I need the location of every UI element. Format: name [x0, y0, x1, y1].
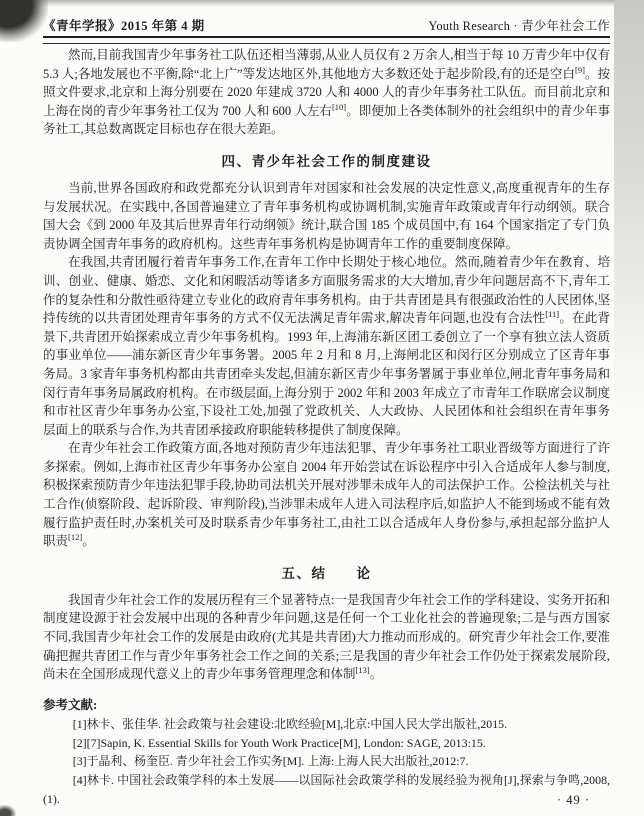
reference-item-3: [3]于晶利、杨奎臣. 青少年社会工作实务[M]. 上海:上海人民大出版社,20…: [43, 752, 610, 771]
reference-item-4: [4]林卡. 中国社会政策学科的本土发展——以国际社会政策学科的发展经验为视角[…: [43, 771, 610, 809]
paragraph-global-youth-policy: 当前,世界各国政府和政党都充分认识到青年对国家和社会发展的决定性意义,高度重视青…: [43, 179, 610, 253]
running-head-title: Youth Research · 青少年社会工作: [428, 16, 610, 34]
paragraph-text: 。: [82, 534, 95, 548]
scan-artifact-top-edge: [0, 0, 644, 7]
scan-artifact-right-edge: [614, 0, 644, 430]
citation-13: [13]: [356, 665, 370, 675]
citation-11: [11]: [545, 309, 559, 319]
reference-item-2: [2][7]Sapin, K. Essential Skills for You…: [43, 734, 610, 753]
paragraph-youth-league-agencies: 在我国,共青团履行着青年事务工作,在青年工作中长期处于核心地位。然而,随着青少年…: [43, 253, 610, 439]
paragraph-workforce-gap: 然而,目前我国青少年事务社工队伍还相当薄弱,从业人员仅有 2 万余人,相当于每 …: [43, 46, 610, 139]
paragraph-text: 在青少年社会工作政策方面,各地对预防青少年违法犯罪、青少年事务社工职业晋级等方面…: [43, 441, 610, 548]
article-body: 然而,目前我国青少年事务社工队伍还相当薄弱,从业人员仅有 2 万余人,相当于每 …: [43, 46, 610, 809]
scan-artifact-bottom-left-smudge: [0, 805, 16, 816]
paragraph-text: 然而,目前我国青少年事务社工队伍还相当薄弱,从业人员仅有 2 万余人,相当于每 …: [43, 48, 610, 81]
paragraph-policy-exploration: 在青少年社会工作政策方面,各地对预防青少年违法犯罪、青少年事务社工职业晋级等方面…: [43, 439, 610, 551]
paragraph-text: 在我国,共青团履行着青年事务工作,在青年工作中长期处于核心地位。然而,随着青少年…: [43, 255, 610, 325]
reference-item-1: [1]林卡、张佳华. 社会政策与社会建设:北欧经验[M],北京:中国人民大学出版…: [43, 715, 610, 734]
journal-scan-page: 《青年学报》2015 年第 4 期 Youth Research · 青少年社会…: [0, 0, 644, 816]
citation-12: [12]: [68, 532, 82, 542]
paragraph-text: 。: [370, 667, 383, 681]
section-5-heading: 五、结 论: [43, 562, 610, 582]
citation-9: [9]: [575, 64, 585, 74]
paragraph-text: 我国青少年社会工作的发展历程有三个显著特点:一是我国青少年社会工作的学科建设、实…: [43, 593, 610, 681]
citation-10: [10]: [332, 102, 346, 112]
section-4-heading: 四、青少年社会工作的制度建设: [43, 150, 610, 170]
scan-artifact-top-left-corner: [0, 0, 48, 42]
header-double-rule: [43, 36, 610, 44]
references-title: 参考文献:: [43, 696, 610, 715]
paragraph-conclusion: 我国青少年社会工作的发展历程有三个显著特点:一是我国青少年社会工作的学科建设、实…: [43, 591, 610, 684]
journal-issue-title: 《青年学报》2015 年第 4 期: [43, 16, 205, 34]
page-number: · 49 ·: [557, 793, 590, 808]
page-header: 《青年学报》2015 年第 4 期 Youth Research · 青少年社会…: [43, 16, 610, 34]
paragraph-text: 。在此背景下,共青团开始探索成立青少年事务机构。1993 年,上海浦东新区团工委…: [43, 311, 610, 437]
